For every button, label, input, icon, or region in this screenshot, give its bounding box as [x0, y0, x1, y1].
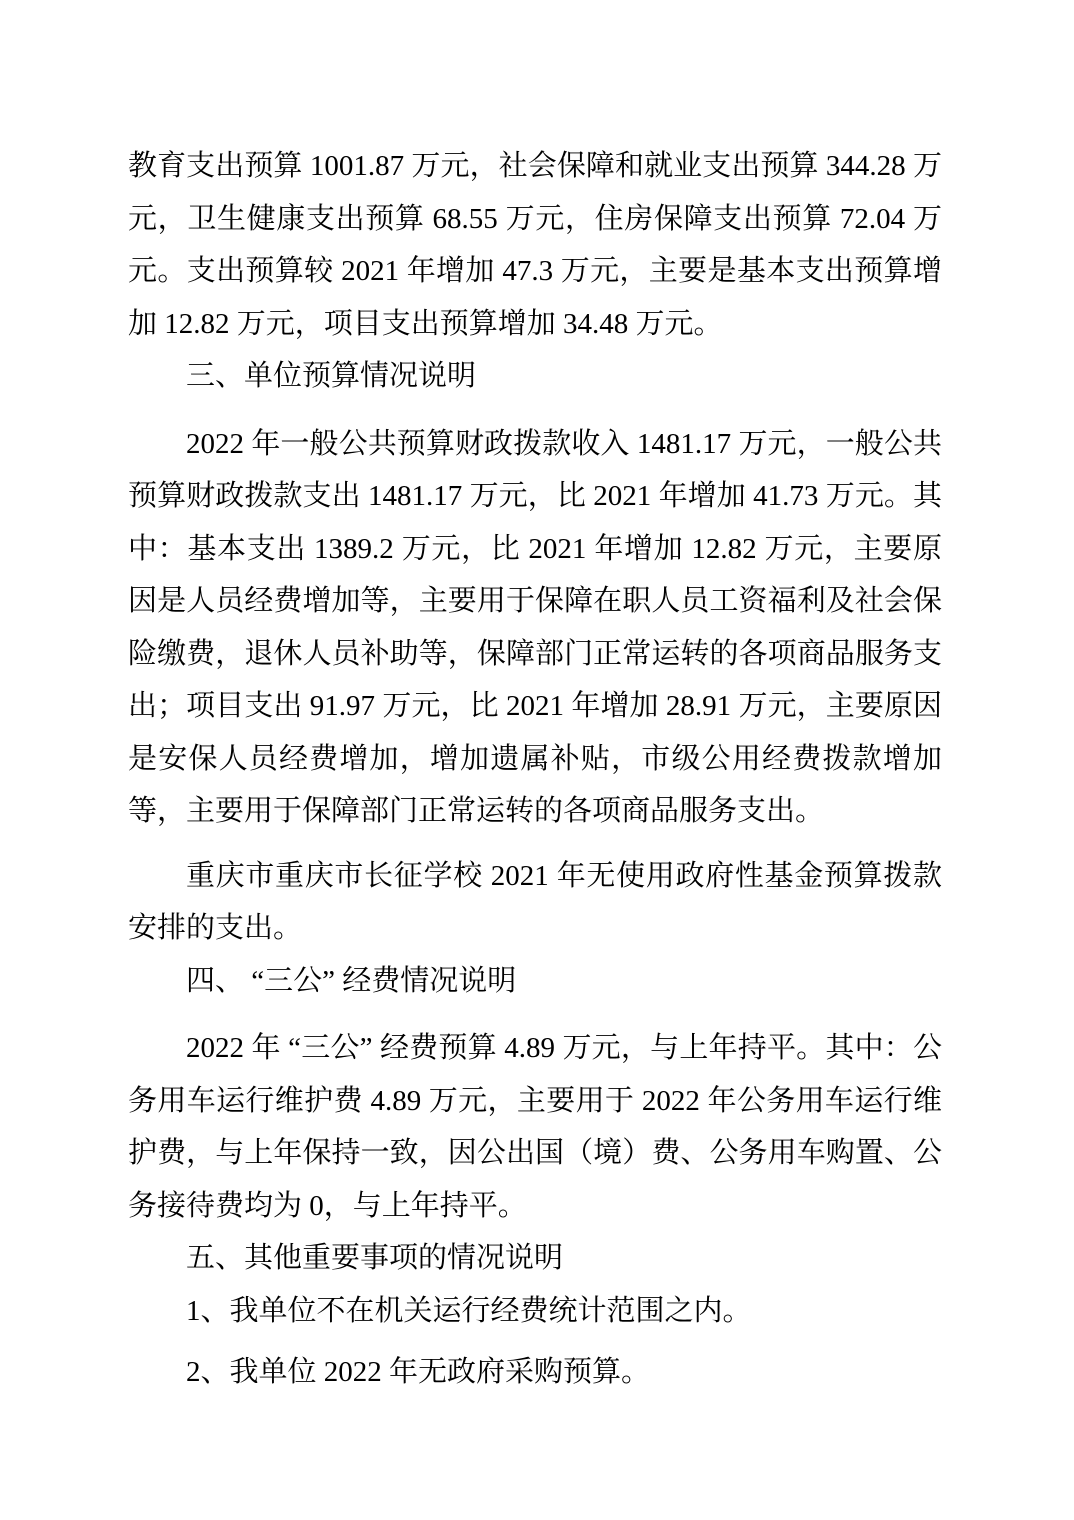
section-heading-5-other-important-matters: 五、其他重要事项的情况说明 [128, 1232, 942, 1285]
document-page: 教育支出预算 1001.87 万元，社会保障和就业支出预算 344.28 万元，… [0, 0, 1074, 1520]
paragraph-expense-budget-continuation: 教育支出预算 1001.87 万元，社会保障和就业支出预算 344.28 万元，… [128, 140, 942, 350]
list-item-1-operating-expense-scope: 1、我单位不在机关运行经费统计范围之内。 [128, 1285, 942, 1338]
paragraph-government-fund-budget: 重庆市重庆市长征学校 2021 年无使用政府性基金预算拨款安排的支出。 [128, 850, 942, 955]
paragraph-general-public-budget: 2022 年一般公共预算财政拨款收入 1481.17 万元，一般公共预算财政拨款… [128, 418, 942, 838]
paragraph-three-public-funds-detail: 2022 年 “三公” 经费预算 4.89 万元，与上年持平。其中：公务用车运行… [128, 1022, 942, 1232]
section-heading-4-three-public-funds: 四、 “三公” 经费情况说明 [128, 955, 942, 1008]
list-item-2-no-procurement-budget: 2、我单位 2022 年无政府采购预算。 [128, 1346, 942, 1399]
section-heading-3-unit-budget: 三、单位预算情况说明 [128, 350, 942, 403]
